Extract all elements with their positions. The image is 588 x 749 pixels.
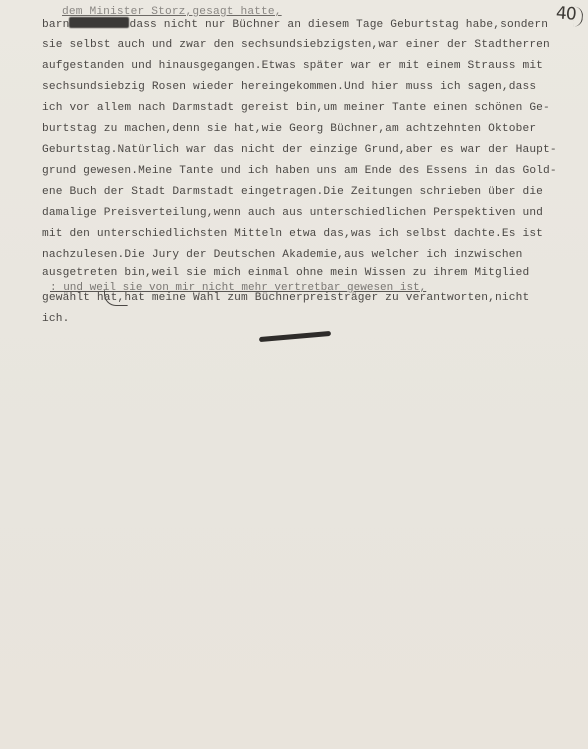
ink-end-stroke bbox=[259, 331, 331, 342]
text-line: ausgetreten bin,weil sie mich einmal ohn… bbox=[42, 267, 529, 279]
text-line: ene Buch der Stadt Darmstadt eingetragen… bbox=[42, 186, 543, 198]
text-line: nachzulesen.Die Jury der Deutschen Akade… bbox=[42, 249, 522, 261]
text-line: ich. bbox=[42, 313, 69, 325]
text-line: sie selbst auch und zwar den sechsundsie… bbox=[42, 39, 550, 51]
text-line: damalige Preisverteilung,wenn auch aus u… bbox=[42, 207, 543, 219]
text-line: burtstag zu machen,denn sie hat,wie Geor… bbox=[42, 123, 536, 135]
text-line: gewählt hat,hat meine Wahl zum Büchnerpr… bbox=[42, 292, 529, 304]
first-line-rest: dass nicht nur Büchner an diesem Tage Ge… bbox=[129, 19, 548, 31]
handwritten-page-number: 40 bbox=[555, 3, 576, 24]
text-line: aufgestanden und hinausgegangen.Etwas sp… bbox=[42, 60, 543, 72]
typed-page: 40 dem Minister Storz,gesagt hatte, barn… bbox=[0, 0, 588, 749]
text-line: mit den unterschiedlichsten Mitteln etwa… bbox=[42, 228, 543, 240]
text-line-first: barndass nicht nur Büchner an diesem Tag… bbox=[42, 17, 548, 31]
text-line: sechsundsiebzig Rosen wieder hereingekom… bbox=[42, 81, 536, 93]
text-line: ich vor allem nach Darmstadt gereist bin… bbox=[42, 102, 550, 114]
text-line: grund gewesen.Meine Tante und ich haben … bbox=[42, 165, 557, 177]
first-line-prefix: barn bbox=[42, 19, 69, 31]
redaction-mark bbox=[69, 17, 129, 28]
text-line: Geburtstag.Natürlich war das nicht der e… bbox=[42, 144, 557, 156]
